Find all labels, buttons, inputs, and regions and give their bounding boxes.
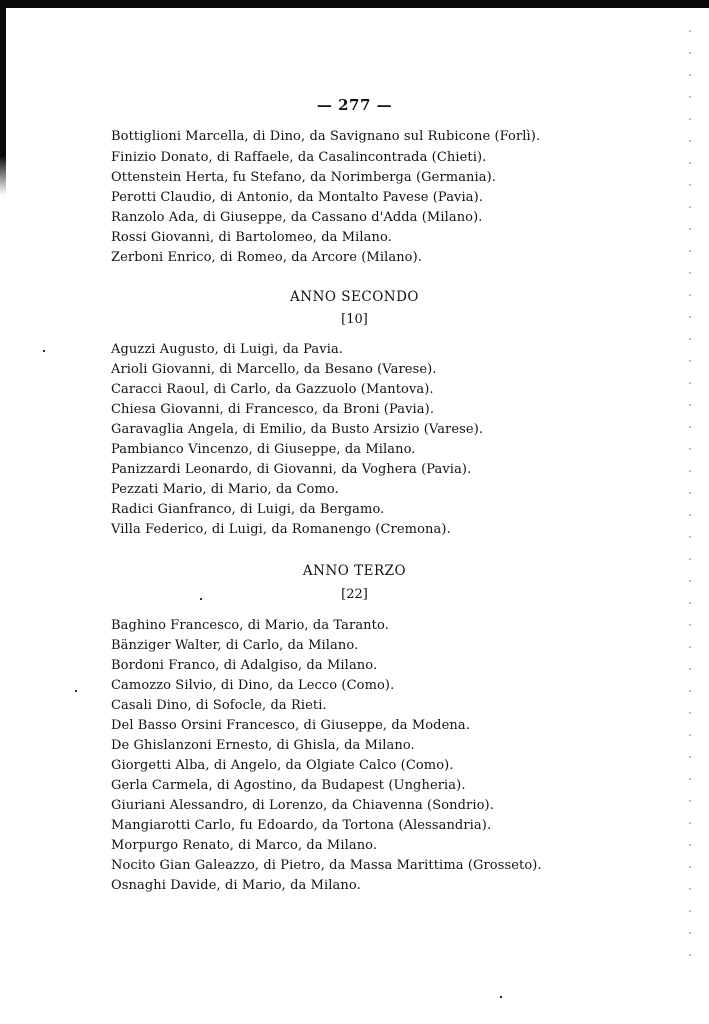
scan-speck [75,690,77,692]
scan-speckle-right [689,30,691,960]
list-item: Mangiarotti Carlo, fu Edoardo, da Torton… [111,818,491,833]
list-item: Bottiglioni Marcella, di Dino, da Savign… [111,129,540,144]
list-item: Ottenstein Herta, fu Stefano, da Norimbe… [111,170,496,185]
list-item: Rossi Giovanni, di Bartolomeo, da Milano… [111,230,392,245]
list-item: Ranzolo Ada, di Giuseppe, da Cassano d'A… [111,210,483,225]
list-item: Panizzardi Leonardo, di Giovanni, da Vog… [111,462,471,477]
section-heading-anno-terzo: ANNO TERZO [0,563,709,579]
list-item: Del Basso Orsini Francesco, di Giuseppe,… [111,718,470,733]
section-count-anno-secondo: [10] [0,312,709,327]
list-item: Giorgetti Alba, di Angelo, da Olgiate Ca… [111,758,454,773]
list-item: Gerla Carmela, di Agostino, da Budapest … [111,778,466,793]
list-item: Villa Federico, di Luigi, da Romanengo (… [111,522,451,537]
scan-border-top [0,0,709,8]
scan-speck [500,996,502,998]
page-number: — 277 — [0,96,709,114]
scan-speck [43,350,45,352]
list-item: Pambianco Vincenzo, di Giuseppe, da Mila… [111,442,416,457]
scan-speck [200,598,202,600]
list-item: Finizio Donato, di Raffaele, da Casalinc… [111,150,486,165]
list-item: Casali Dino, di Sofocle, da Rieti. [111,698,327,713]
list-item: Bordoni Franco, di Adalgiso, da Milano. [111,658,377,673]
list-item: Giuriani Alessandro, di Lorenzo, da Chia… [111,798,494,813]
list-item: Radici Gianfranco, di Luigi, da Bergamo. [111,502,384,517]
list-item: Morpurgo Renato, di Marco, da Milano. [111,838,377,853]
list-item: Nocito Gian Galeazzo, di Pietro, da Mass… [111,858,542,873]
list-item: Baghino Francesco, di Mario, da Taranto. [111,618,389,633]
list-item: Pezzati Mario, di Mario, da Como. [111,482,339,497]
section-count-anno-terzo: [22] [0,587,709,602]
list-item: Camozzo Silvio, di Dino, da Lecco (Como)… [111,678,394,693]
list-item: Perotti Claudio, di Antonio, da Montalto… [111,190,483,205]
list-item: Bänziger Walter, di Carlo, da Milano. [111,638,358,653]
list-item: De Ghislanzoni Ernesto, di Ghisla, da Mi… [111,738,415,753]
section-heading-anno-secondo: ANNO SECONDO [0,289,709,305]
list-item: Chiesa Giovanni, di Francesco, da Broni … [111,402,434,417]
list-item: Caracci Raoul, di Carlo, da Gazzuolo (Ma… [111,382,434,397]
list-item: Garavaglia Angela, di Emilio, da Busto A… [111,422,483,437]
list-item: Osnaghi Davide, di Mario, da Milano. [111,878,361,893]
list-item: Aguzzi Augusto, di Luigi, da Pavia. [111,342,343,357]
list-item: Zerboni Enrico, di Romeo, da Arcore (Mil… [111,250,422,265]
list-item: Arioli Giovanni, di Marcello, da Besano … [111,362,437,377]
